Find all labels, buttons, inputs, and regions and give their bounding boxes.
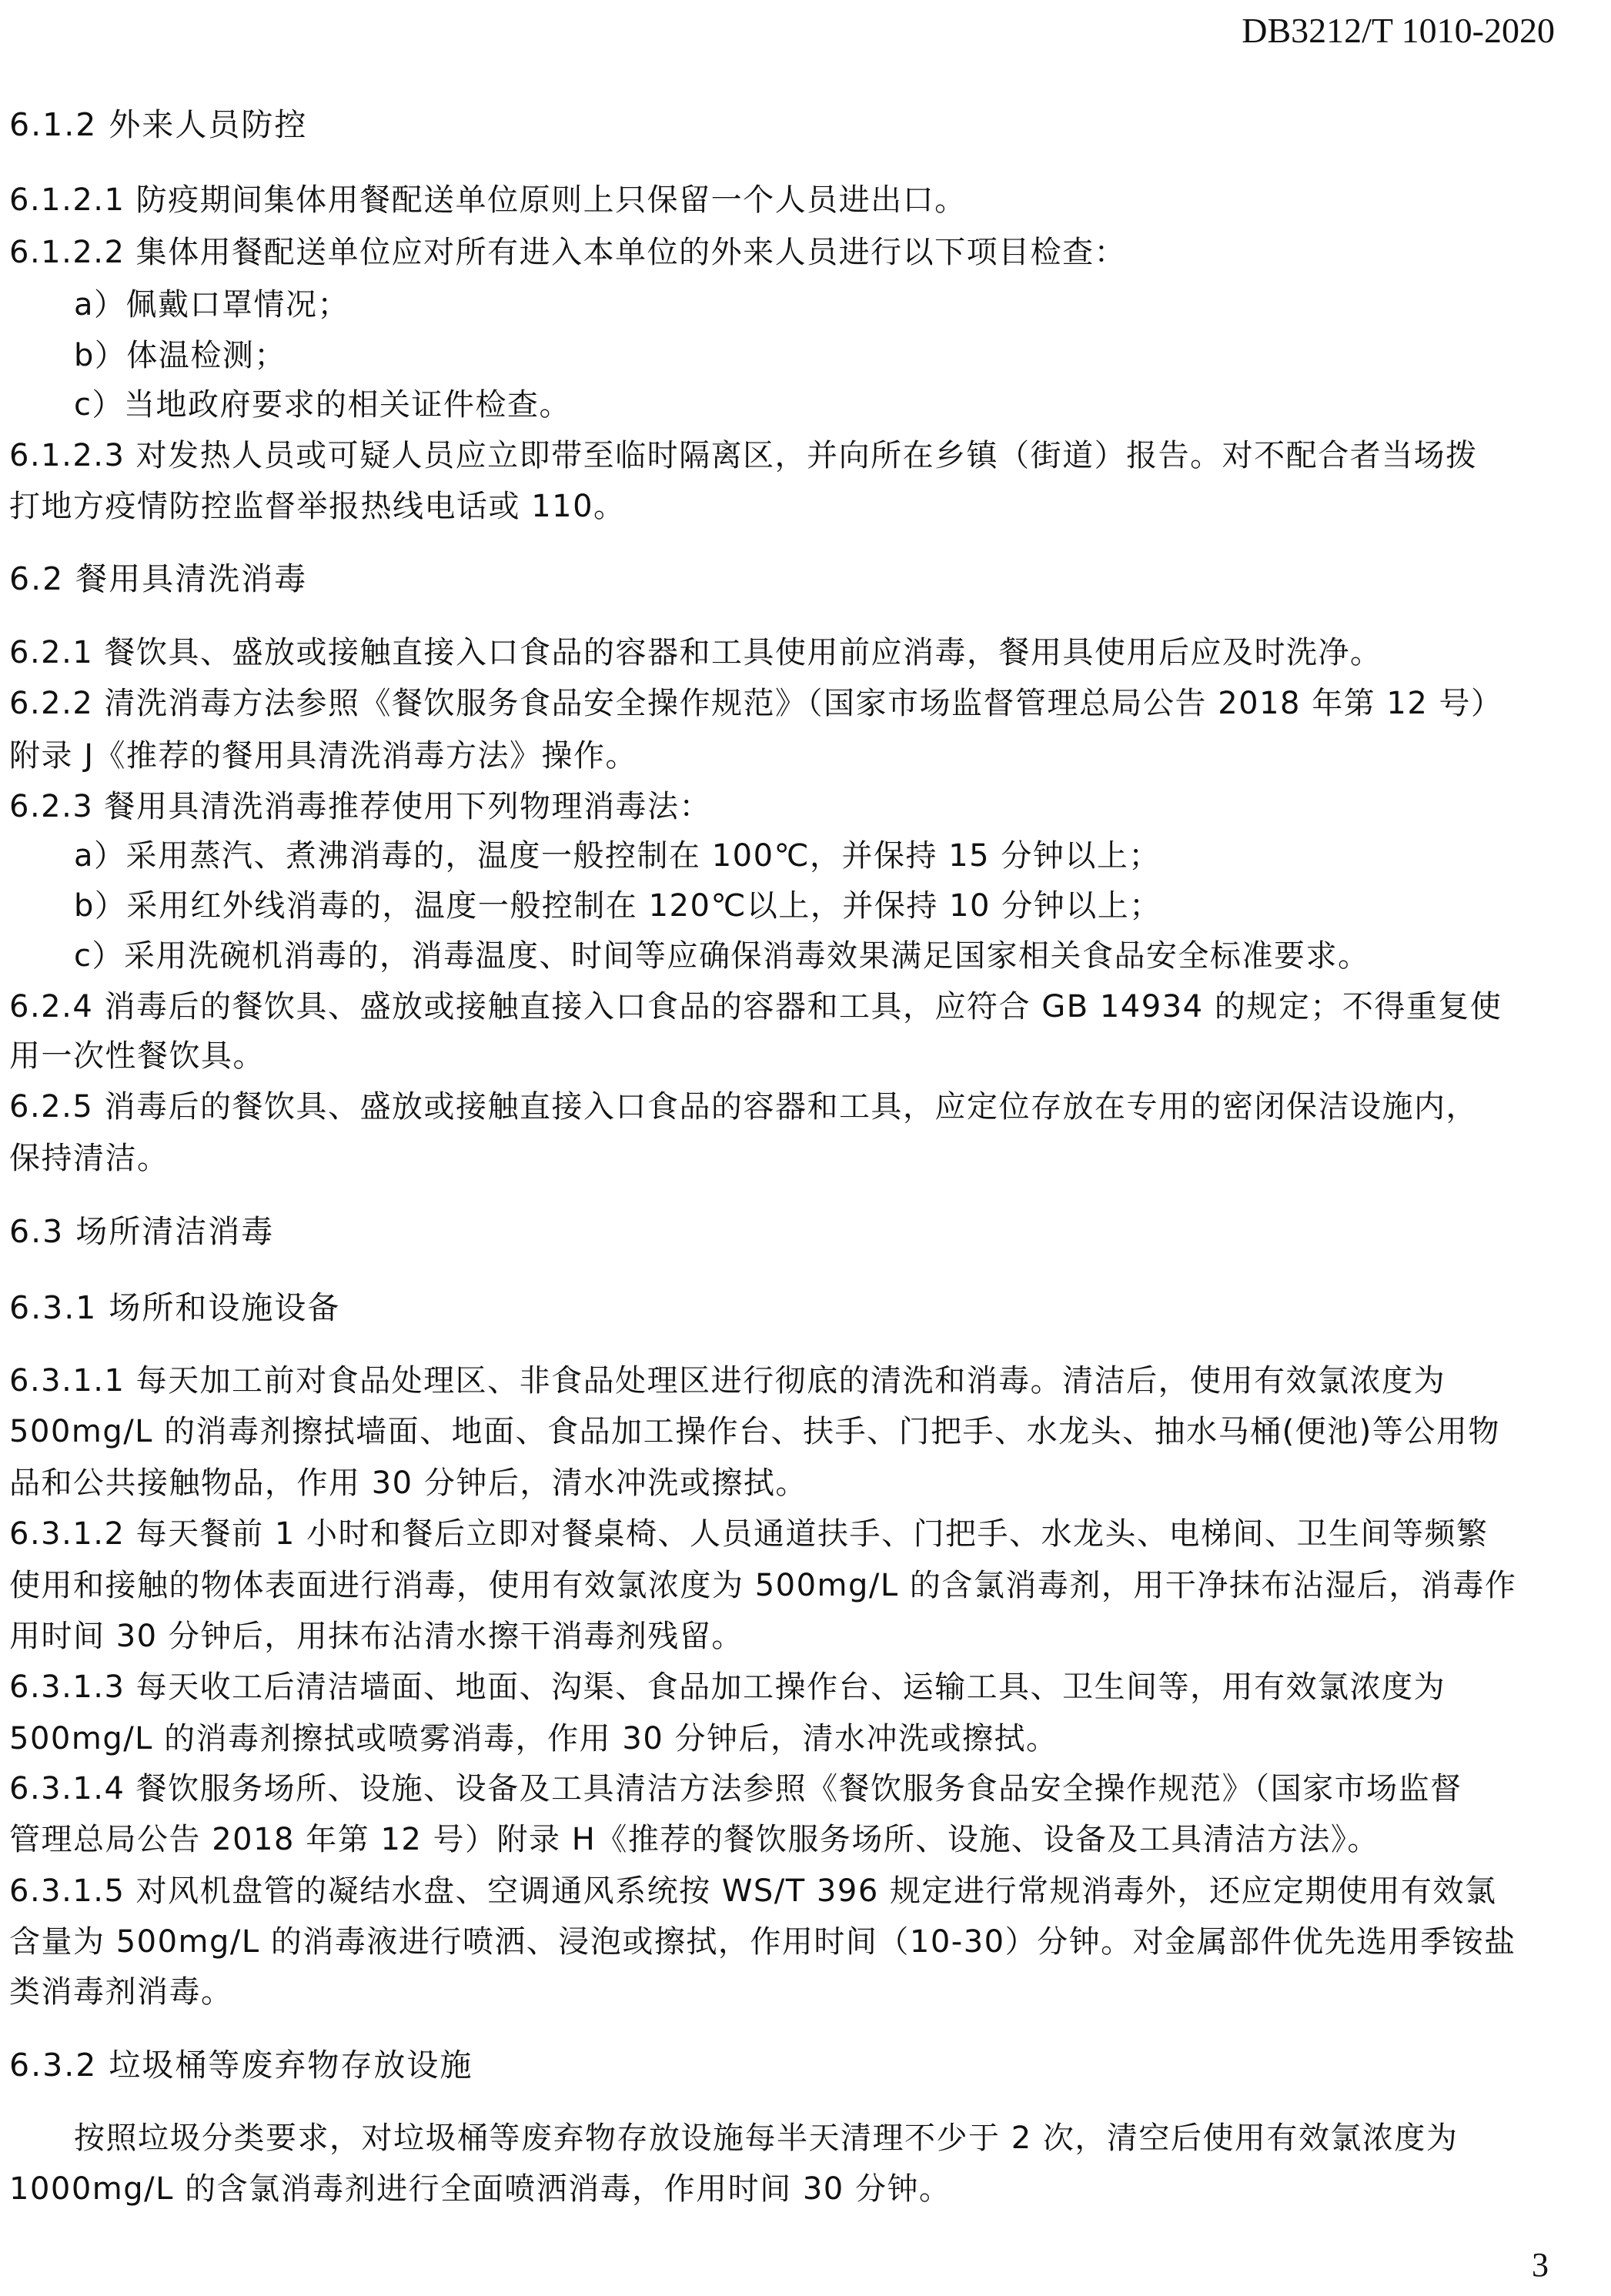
clause-text: 6.3.1.5 对风机盘管的凝结水盘、空调通风系统按 WS/T 396 规定进行… — [9, 1873, 1497, 1910]
list-item: b）采用红外线消毒的，温度一般控制在 120℃以上，并保持 10 分钟以上； — [74, 887, 1161, 924]
clause-text: 6.2.4 消毒后的餐饮具、盛放或接触直接入口食品的容器和工具，应符合 GB 1… — [9, 988, 1502, 1025]
clause-text: 500mg/L 的消毒剂擦拭墙面、地面、食品加工操作台、扶手、门把手、水龙头、抽… — [9, 1413, 1500, 1450]
section-heading: 6.1.2 外来人员防控 — [9, 106, 307, 143]
document-standard-number: DB3212/T 1010-2020 — [1185, 11, 1555, 51]
clause-text: 6.3.1.1 每天加工前对食品处理区、非食品处理区进行彻底的清洗和消毒。清洁后… — [9, 1362, 1446, 1399]
paragraph-text: 按照垃圾分类要求，对垃圾桶等废弃物存放设施每半天清理不少于 2 次，清空后使用有… — [74, 2120, 1458, 2157]
clause-text: 使用和接触的物体表面进行消毒，使用有效氯浓度为 500mg/L 的含氯消毒剂，用… — [9, 1567, 1516, 1604]
clause-text: 6.3.1.2 每天餐前 1 小时和餐后立即对餐桌椅、人员通道扶手、门把手、水龙… — [9, 1516, 1489, 1552]
section-heading: 6.2 餐用具清洗消毒 — [9, 560, 307, 597]
page-number: 3 — [1532, 2246, 1549, 2284]
clause-text: 打地方疫情防控监督举报热线电话或 110。 — [9, 488, 626, 525]
section-heading: 6.3 场所清洁消毒 — [9, 1213, 274, 1250]
section-heading: 6.3.2 垃圾桶等废弃物存放设施 — [9, 2047, 473, 2084]
clause-text: 6.1.2.1 防疫期间集体用餐配送单位原则上只保留一个人员进出口。 — [9, 182, 967, 219]
clause-text: 500mg/L 的消毒剂擦拭或喷雾消毒，作用 30 分钟后，清水冲洗或擦拭。 — [9, 1720, 1058, 1757]
clause-text: 6.2.5 消毒后的餐饮具、盛放或接触直接入口食品的容器和工具，应定位存放在专用… — [9, 1088, 1478, 1125]
clause-text: 品和公共接触物品，作用 30 分钟后，清水冲洗或擦拭。 — [9, 1465, 807, 1502]
clause-text: 6.3.1.4 餐饮服务场所、设施、设备及工具清洁方法参照《餐饮服务食品安全操作… — [9, 1770, 1462, 1807]
list-item: a）采用蒸汽、煮沸消毒的，温度一般控制在 100℃，并保持 15 分钟以上； — [74, 837, 1161, 874]
paragraph-text: 1000mg/L 的含氯消毒剂进行全面喷洒消毒，作用时间 30 分钟。 — [9, 2171, 951, 2207]
clause-text: 6.2.3 餐用具清洗消毒推荐使用下列物理消毒法： — [9, 788, 711, 825]
clause-text: 用时间 30 分钟后，用抹布沾清水擦干消毒剂残留。 — [9, 1618, 744, 1655]
clause-text: 6.3.1.3 每天收工后清洁墙面、地面、沟渠、食品加工操作台、运输工具、卫生间… — [9, 1669, 1446, 1706]
list-item: a）佩戴口罩情况； — [74, 286, 349, 323]
clause-text: 附录 J《推荐的餐用具清洗消毒方法》操作。 — [9, 737, 637, 774]
clause-text: 6.2.1 餐饮具、盛放或接触直接入口食品的容器和工具使用前应消毒，餐用具使用后… — [9, 634, 1382, 671]
list-item: c）当地政府要求的相关证件检查。 — [74, 386, 571, 423]
clause-text: 6.2.2 清洗消毒方法参照《餐饮服务食品安全操作规范》（国家市场监督管理总局公… — [9, 685, 1503, 722]
clause-text: 保持清洁。 — [9, 1140, 169, 1177]
list-item: b）体温检测； — [74, 337, 286, 374]
clause-text: 管理总局公告 2018 年第 12 号）附录 H《推荐的餐饮服务场所、设施、设备… — [9, 1821, 1379, 1858]
section-heading: 6.3.1 场所和设施设备 — [9, 1289, 340, 1326]
clause-text: 用一次性餐饮具。 — [9, 1038, 265, 1074]
clause-text: 6.1.2.3 对发热人员或可疑人员应立即带至临时隔离区，并向所在乡镇（街道）报… — [9, 437, 1478, 474]
clause-text: 类消毒剂消毒。 — [9, 1973, 233, 2010]
clause-text: 6.1.2.2 集体用餐配送单位应对所有进入本单位的外来人员进行以下项目检查： — [9, 234, 1126, 271]
list-item: c）采用洗碗机消毒的，消毒温度、时间等应确保消毒效果满足国家相关食品安全标准要求… — [74, 937, 1370, 974]
clause-text: 含量为 500mg/L 的消毒液进行喷洒、浸泡或擦拭，作用时间（10-30）分钟… — [9, 1923, 1516, 1960]
